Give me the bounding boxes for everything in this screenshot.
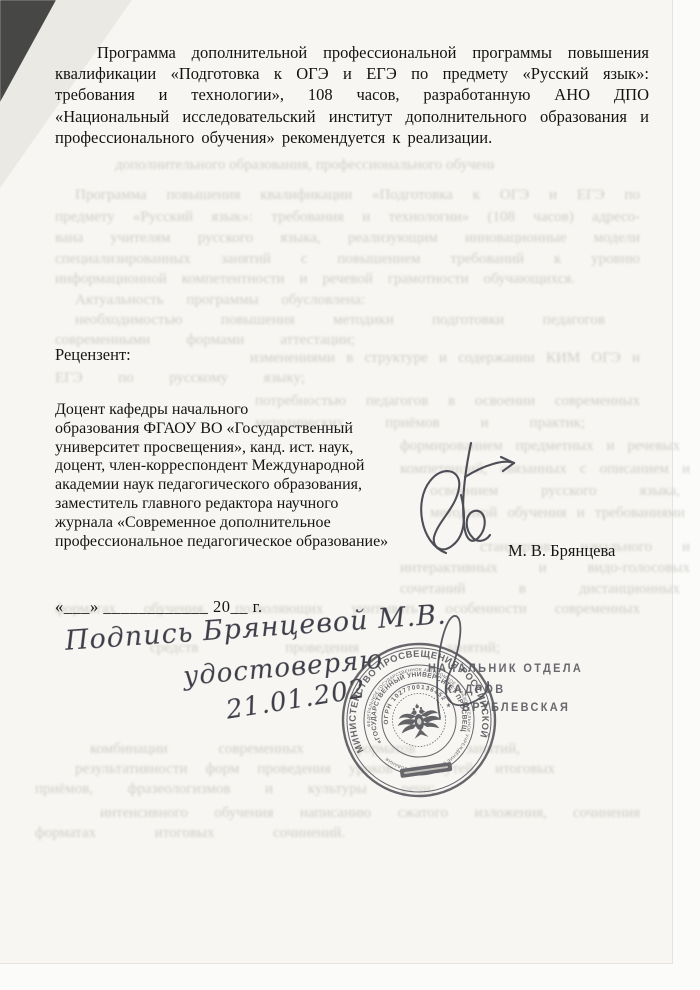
bleedthrough-text-line: интенсивного обучения написанию сжатого … (100, 806, 640, 821)
bleedthrough-text-line: необходимостью повышения методики подгот… (75, 313, 605, 328)
bleedthrough-text-line: вана учителям русского языка, реализующи… (55, 231, 640, 246)
reviewer-name: М. В. Брянцева (508, 541, 615, 561)
bleedthrough-text-line: предмету «Русский язык»: требования и те… (55, 210, 640, 225)
reviewer-credentials: Доцент кафедры начальногообразования ФГА… (55, 401, 455, 551)
overstamp-department: КАДРОВ (445, 684, 506, 696)
reviewer-label: Рецензент: (55, 345, 131, 365)
bleedthrough-text-line: сочетаний в дистанционных (400, 582, 680, 597)
bleedthrough-text-line: форматах итоговых сочинений. (35, 826, 345, 841)
overstamp-title: НАЧАЛЬНИК ОТДЕЛА (428, 663, 583, 675)
double-headed-eagle-icon (395, 701, 443, 741)
reviewer-credential-line: доцент, член-корреспондент Международной (55, 457, 455, 476)
overstamp-surname: ВРУБЛЕВСКАЯ (462, 702, 570, 714)
bleedthrough-text-line: информационной компетентности и речевой … (55, 272, 575, 287)
bleedthrough-text-line: Программа повышения квалификации «Подгот… (75, 188, 640, 203)
reviewer-credential-line: академии наук педагогического образовани… (55, 476, 455, 495)
stamp-ring-outer-text: МИНИСТЕРСТВО ПРОСВЕЩЕНИЯ РОССИЙСКОЙ ФЕДЕ… (337, 638, 494, 758)
reviewer-credential-line: заместитель главного редактора научного (55, 495, 455, 514)
bleedthrough-text-line: Актуальность программы обусловлена: (75, 293, 365, 308)
reviewer-credential-line: профессиональное педагогическое образова… (55, 533, 455, 552)
scanned-review-document: { "page": {"background":"#f7f6f2","ink":… (0, 0, 700, 990)
intro-paragraph: Программа дополнительной профессионально… (55, 42, 649, 148)
official-round-stamp: МИНИСТЕРСТВО ПРОСВЕЩЕНИЯ РОССИЙСКОЙ ФЕДЕ… (333, 634, 505, 806)
reviewer-signature (408, 425, 523, 575)
bleedthrough-text-line: ЕГЭ по русскому языку; (55, 371, 305, 386)
bleedthrough-text-line: дополнительного образования, профессиона… (115, 158, 495, 173)
reviewer-credential-line: университет просвещения», канд. ист. нау… (55, 439, 455, 458)
bleedthrough-text-line: специализированных занятий с повышением … (55, 252, 640, 267)
reviewer-credential-line: образования ФГАОУ ВО «Государственный (55, 420, 455, 439)
reviewer-credential-line: журнала «Современное дополнительное (55, 514, 455, 533)
bleedthrough-text-line: изменениями в структуре и содержании КИМ… (250, 351, 640, 366)
reviewer-credential-line: Доцент кафедры начального (55, 401, 455, 420)
